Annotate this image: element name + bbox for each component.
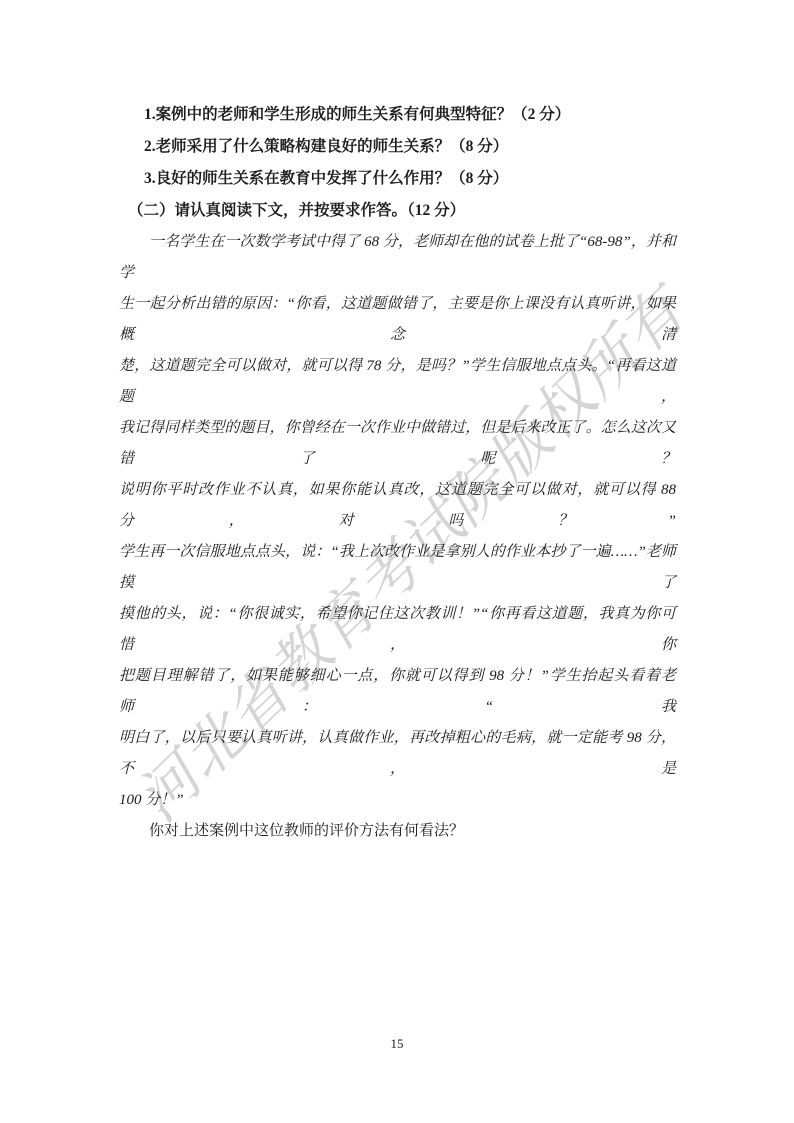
section-two-header: （二）请认真阅读下文，并按要求作答。（12 分） (119, 195, 676, 227)
final-question: 你对上述案例中这位教师的评价方法有何看法？ (119, 816, 676, 847)
passage-line: 生一起分析出错的原因：“你看，这道题做错了，主要是你上课没有认真听讲，如果概念清 (119, 289, 676, 351)
page-number: 15 (0, 1036, 794, 1052)
passage-line: 说明你平时改作业不认真，如果你能认真改，这道题完全可以做对，就可以得 88 分，… (119, 475, 676, 537)
passage-line: 一名学生在一次数学考试中得了 68 分，老师却在他的试卷上批了“68-98”，并… (119, 227, 676, 289)
question-1: 1.案例中的老师和学生形成的师生关系有何典型特征？（2 分） (119, 99, 676, 131)
passage-line: 学生再一次信服地点点头，说：“我上次改作业是拿别人的作业本抄了一遍……”老师摸了 (119, 537, 676, 599)
exam-paper-page: 河北省教育考试院版权所有 1.案例中的老师和学生形成的师生关系有何典型特征？（2… (0, 0, 794, 1123)
passage-line: 明白了，以后只要认真听讲，认真做作业，再改掉粗心的毛病，就一定能考 98 分，不… (119, 723, 676, 785)
question-3: 3.良好的师生关系在教育中发挥了什么作用？（8 分） (119, 163, 676, 195)
question-2: 2.老师采用了什么策略构建良好的师生关系？（8 分） (119, 131, 676, 163)
passage-line: 我记得同样类型的题目，你曾经在一次作业中做错过，但是后来改正了。怎么这次又错了呢… (119, 413, 676, 475)
passage-line: 把题目理解错了，如果能够细心一点，你就可以得到 98 分！”学生抬起头看着老师：… (119, 661, 676, 723)
passage-line: 100 分！” (119, 785, 676, 816)
case-passage: 一名学生在一次数学考试中得了 68 分，老师却在他的试卷上批了“68-98”，并… (119, 227, 676, 816)
passage-line: 摸他的头，说：“你很诚实，希望你记住这次教训！”“你再看这道题，我真为你可惜，你 (119, 599, 676, 661)
passage-line: 楚，这道题完全可以做对，就可以得 78 分，是吗？”学生信服地点点头。“再看这道… (119, 351, 676, 413)
page-content: 1.案例中的老师和学生形成的师生关系有何典型特征？（2 分） 2.老师采用了什么… (119, 99, 676, 847)
